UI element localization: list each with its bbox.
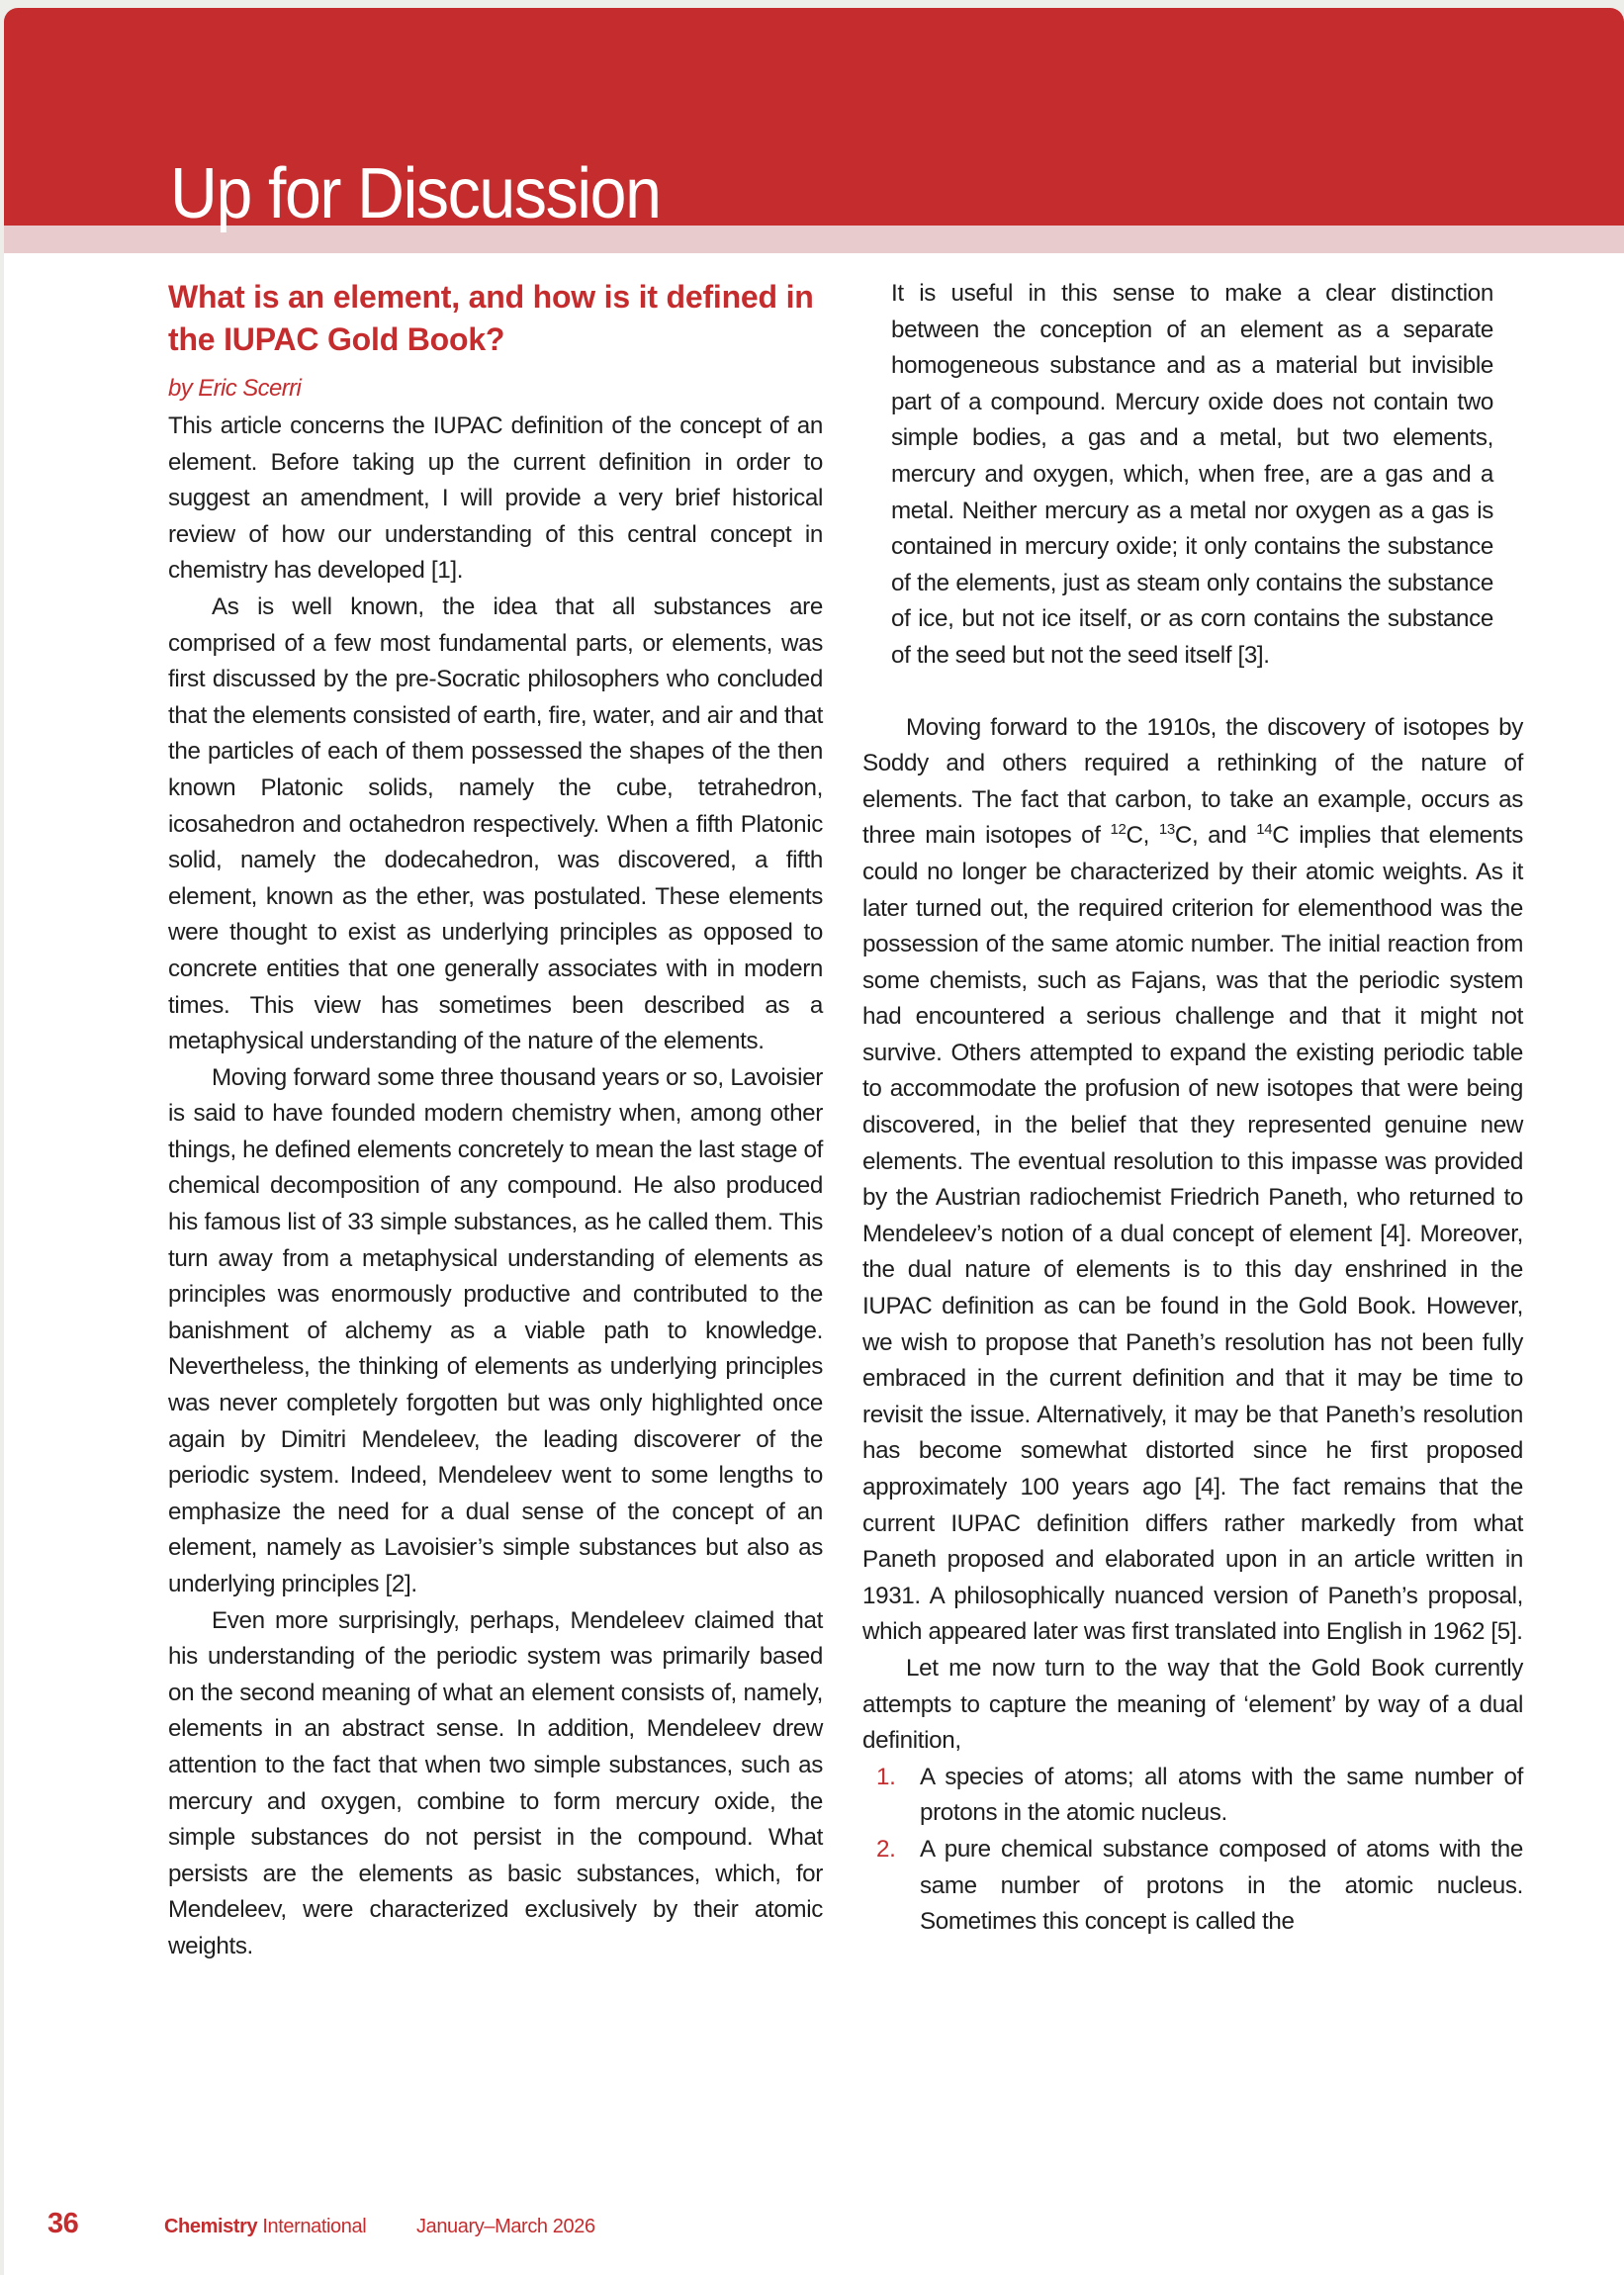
superscript: 13 <box>1159 821 1175 838</box>
page-number: 36 <box>47 2208 78 2240</box>
left-column: What is an element, and how is it define… <box>168 276 823 1965</box>
journal-name: Chemistry International <box>164 2216 366 2238</box>
text-run: C, <box>1127 822 1159 849</box>
definition-number: 1. <box>876 1760 895 1796</box>
block-quote: It is useful in this sense to make a cle… <box>862 276 1523 675</box>
definition-number: 2. <box>876 1832 895 1868</box>
definition-text: A pure chemical substance composed of at… <box>920 1836 1523 1935</box>
paragraph: As is well known, the idea that all subs… <box>168 590 823 1060</box>
magazine-page: Up for Discussion What is an element, an… <box>4 8 1624 2275</box>
spacer <box>862 675 1523 710</box>
definition-text: A species of atoms; all atoms with the s… <box>920 1764 1523 1827</box>
paragraph: Even more surprisingly, perhaps, Mendele… <box>168 1603 823 1965</box>
section-title: Up for Discussion <box>170 154 661 233</box>
article-headline: What is an element, and how is it define… <box>168 276 823 361</box>
paragraph-isotopes: Moving forward to the 1910s, the discove… <box>862 710 1523 1651</box>
definition-list: 1. A species of atoms; all atoms with th… <box>862 1760 1523 1941</box>
superscript: 12 <box>1111 821 1127 838</box>
paragraph: Let me now turn to the way that the Gold… <box>862 1651 1523 1760</box>
issue-date: January–March 2026 <box>416 2216 595 2238</box>
paragraph: Moving forward some three thousand years… <box>168 1060 823 1603</box>
text-run: C, and <box>1175 822 1256 849</box>
article-byline: by Eric Scerri <box>168 371 823 407</box>
paragraph: This article concerns the IUPAC definiti… <box>168 409 823 590</box>
superscript: 14 <box>1256 821 1272 838</box>
definition-item: 2. A pure chemical substance composed of… <box>862 1832 1523 1941</box>
journal-name-bold: Chemistry <box>164 2216 257 2237</box>
text-run: C implies that elements could no longer … <box>862 822 1523 1645</box>
journal-name-regular: International <box>257 2216 366 2237</box>
definition-item: 1. A species of atoms; all atoms with th… <box>862 1760 1523 1832</box>
right-column: It is useful in this sense to make a cle… <box>862 276 1523 1941</box>
page-footer: 36 Chemistry International January–March… <box>4 2212 1624 2247</box>
